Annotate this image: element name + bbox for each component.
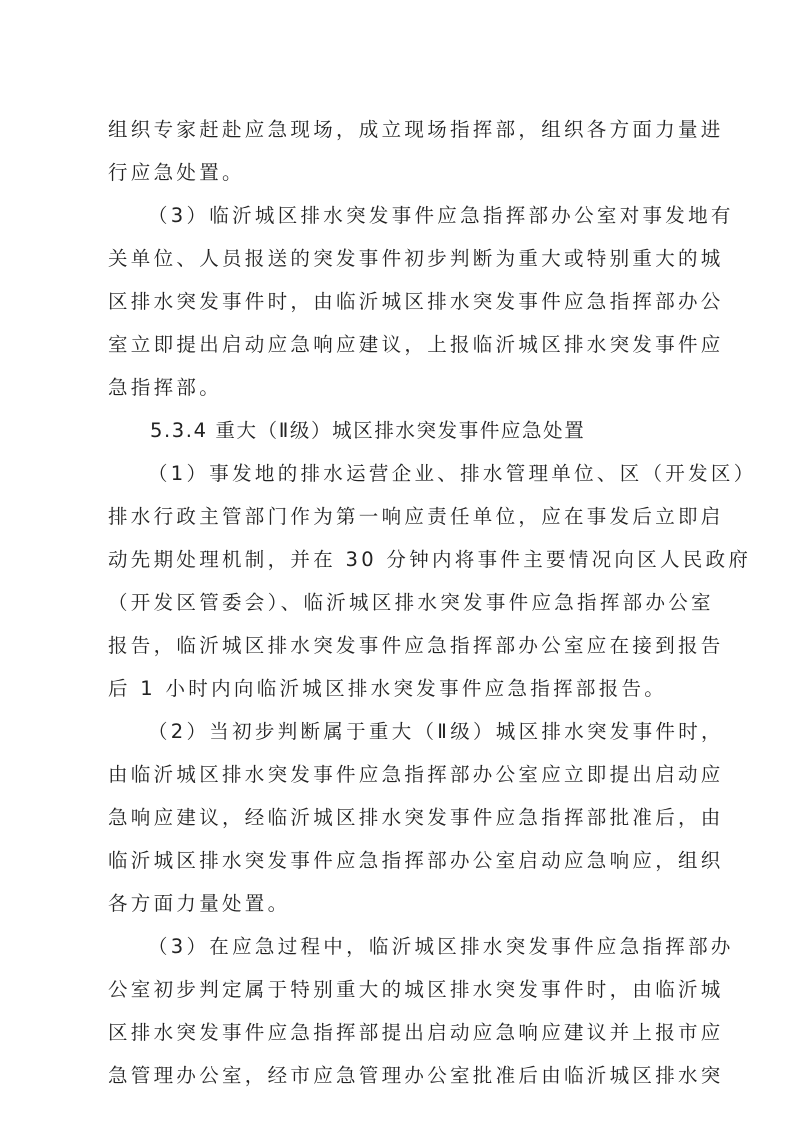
text-line: 排水行政主管部门作为第一响应责任单位，应在事发后立即启 <box>108 502 688 532</box>
text-line: 区排水突发事件应急指挥部提出启动应急响应建议并上报市应 <box>108 1018 688 1048</box>
text-line: 动先期处理机制，并在 30 分钟内将事件主要情况向区人民政府 <box>108 545 688 575</box>
text-line: （3）临沂城区排水突发事件应急指挥部办公室对事发地有 <box>148 201 688 231</box>
text-line: 行应急处置。 <box>108 158 688 188</box>
text-line: （3）在应急过程中，临沂城区排水突发事件应急指挥部办 <box>148 932 688 962</box>
text-line: （开发区管委会）、临沂城区排水突发事件应急指挥部办公室 <box>108 588 688 618</box>
text-line: 报告，临沂城区排水突发事件应急指挥部办公室应在接到报告 <box>108 631 688 661</box>
text-line: （2）当初步判断属于重大（Ⅱ级）城区排水突发事件时， <box>148 717 688 747</box>
section-heading: 5.3.4 重大（Ⅱ级）城区排水突发事件应急处置 <box>150 416 730 446</box>
text-line: 后 1 小时内向临沂城区排水突发事件应急指挥部报告。 <box>108 674 688 704</box>
text-line: 由临沂城区排水突发事件应急指挥部办公室应立即提出启动应 <box>108 760 688 790</box>
text-line: 急管理办公室，经市应急管理办公室批准后由临沂城区排水突 <box>108 1061 688 1091</box>
text-line: 公室初步判定属于特别重大的城区排水突发事件时，由临沂城 <box>108 975 688 1005</box>
text-line: 临沂城区排水突发事件应急指挥部办公室启动应急响应，组织 <box>108 846 688 876</box>
text-line: 各方面力量处置。 <box>108 889 688 919</box>
text-line: 组织专家赶赴应急现场，成立现场指挥部，组织各方面力量进 <box>108 115 688 145</box>
text-line: （1）事发地的排水运营企业、排水管理单位、区（开发区） <box>148 459 688 489</box>
text-line: 关单位、人员报送的突发事件初步判断为重大或特别重大的城 <box>108 244 688 274</box>
document-page: 组织专家赶赴应急现场，成立现场指挥部，组织各方面力量进 行应急处置。 （3）临沂… <box>0 0 793 1122</box>
text-line: 区排水突发事件时，由临沂城区排水突发事件应急指挥部办公 <box>108 287 688 317</box>
text-line: 急指挥部。 <box>108 373 688 403</box>
text-line: 急响应建议，经临沂城区排水突发事件应急指挥部批准后，由 <box>108 803 688 833</box>
text-line: 室立即提出启动应急响应建议，上报临沂城区排水突发事件应 <box>108 330 688 360</box>
